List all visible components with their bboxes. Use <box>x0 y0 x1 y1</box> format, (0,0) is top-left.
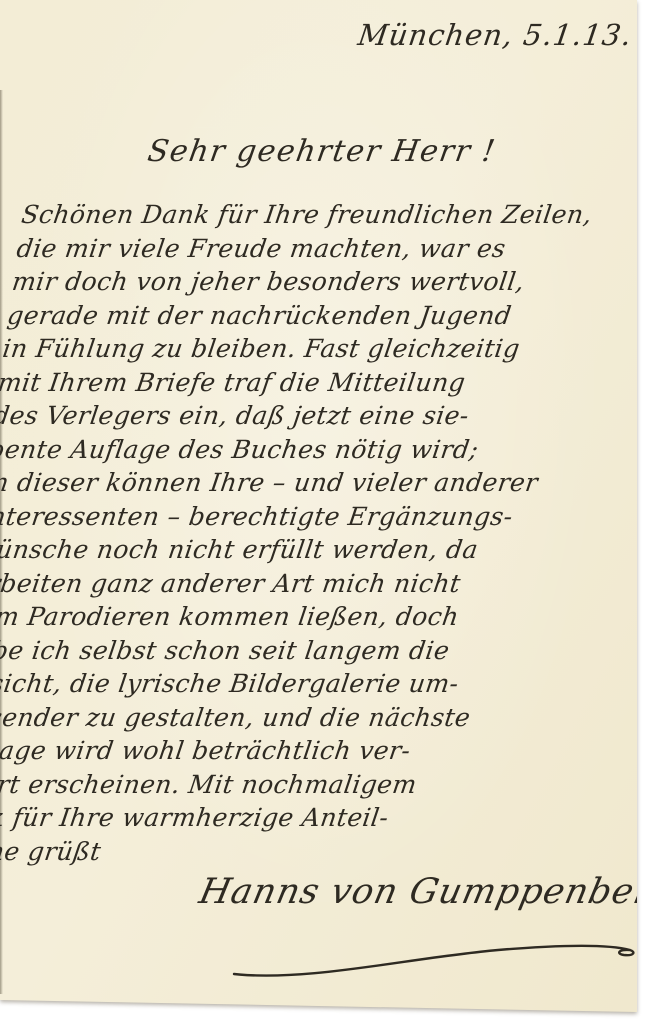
dateline: München, 5.1.13. <box>338 18 635 52</box>
scanned-letter: München, 5.1.13. Sehr geehrter Herr ! Sc… <box>0 0 660 1024</box>
letter-body-text: Schönen Dank für Ihre freundlichen Zeile… <box>0 198 630 868</box>
signature: Hanns von Gumppenberg <box>196 872 645 912</box>
salutation: Sehr geehrter Herr ! <box>145 134 498 169</box>
letter-paper: München, 5.1.13. Sehr geehrter Herr ! Sc… <box>0 0 660 1024</box>
paper-shadow-wrap: München, 5.1.13. Sehr geehrter Herr ! Sc… <box>0 0 660 1024</box>
signature-flourish <box>228 928 640 982</box>
